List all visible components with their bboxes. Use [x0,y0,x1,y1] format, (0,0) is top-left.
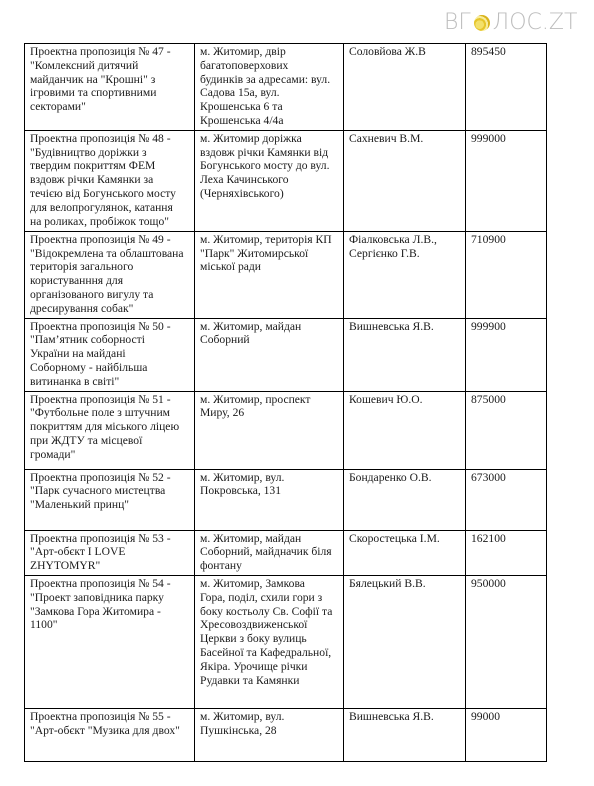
proposal-text-line: "Арт-обєкт "Музика для двох" [30,724,189,738]
location-text-line: Садова 15а, вул. [200,86,338,100]
proposal-text-line: для велопрогулянок, катання [30,201,189,215]
proposal-text-line: на роликах, пробіжок тощо" [30,215,189,229]
proposal-text-line: "Маленький принц" [30,498,189,512]
author-text-line: Кошевич Ю.О. [349,393,460,407]
proposal-text-line: "Арт-обєкт I LOVE [30,545,189,559]
author-cell: Бондаренко О.В. [344,469,466,530]
proposal-cell: Проектна пропозиція № 47 -"Комлексний ди… [25,44,195,131]
author-text-line: Сахневич В.М. [349,132,460,146]
author-cell: Вишневська Я.В. [344,318,466,391]
proposal-text-line: витинанка в світі" [30,375,189,389]
location-text-line: вздовж річки Камянки від [200,146,338,160]
table-row: Проектна пропозиція № 50 -"Пам’ятник соб… [25,318,547,391]
location-text-line: "Парк" Житомирської [200,247,338,261]
location-text-line: будинків за адресами: вул. [200,73,338,87]
location-text-line: багатоповерхових [200,59,338,73]
author-cell: Вишневська Я.В. [344,708,466,761]
proposals-table: Проектна пропозиція № 47 -"Комлексний ди… [24,43,547,762]
location-text-line: Богунського мосту до вул. [200,159,338,173]
location-cell: м. Житомир, ЗамковаГора, поділ, схили го… [195,575,344,708]
proposal-text-line: "Будівництво доріжки з [30,146,189,160]
proposal-text-line: ZHYTOMYR" [30,559,189,573]
location-text-line: м. Житомир, вул. [200,471,338,485]
proposal-cell: Проектна пропозиція № 52 -"Парк сучасног… [25,469,195,530]
proposal-text-line: "Парк сучасного мистецтва [30,484,189,498]
watermark-logo: ВГ ЛОС.ZT [444,10,577,34]
location-text-line: м. Житомир, двір [200,45,338,59]
proposal-text-line: "Замкова Гора Житомира - [30,605,189,619]
proposal-text-line: Соборному - найбільша [30,361,189,375]
proposal-text-line: ігровими та спортивними [30,86,189,100]
proposal-text-line: при ЖДТУ та місцевої [30,434,189,448]
location-text-line: (Черняхівського) [200,187,338,201]
proposal-text-line: Проектна пропозиція № 52 - [30,471,189,485]
location-text-line: м. Житомир, майдан [200,532,338,546]
location-text-line: Леха Качинського [200,173,338,187]
proposal-text-line: Проектна пропозиція № 51 - [30,393,189,407]
location-text-line: м. Житомир, вул. [200,710,338,724]
author-text-line: Вишневська Я.В. [349,320,460,334]
proposal-cell: Проектна пропозиція № 55 -"Арт-обєкт "Му… [25,708,195,761]
table-row: Проектна пропозиція № 52 -"Парк сучасног… [25,469,547,530]
proposal-text-line: територія загального [30,260,189,274]
location-text-line: Басейної та Кафедральної, [200,646,338,660]
location-text-line: Соборний, майдначик біля [200,545,338,559]
proposal-cell: Проектна пропозиція № 53 -"Арт-обєкт I L… [25,530,195,575]
proposal-text-line: покриттям для міського ліцею [30,420,189,434]
amount-cell: 99000 [466,708,547,761]
location-cell: м. Житомир, проспектМиру, 26 [195,391,344,469]
author-cell: Фіалковська Л.В.,Сергієнко Г.В. [344,231,466,318]
table-row: Проектна пропозиція № 51 -"Футбольне пол… [25,391,547,469]
table-row: Проектна пропозиція № 55 -"Арт-обєкт "Му… [25,708,547,761]
location-cell: м. Житомир, майданСоборний, майдначик бі… [195,530,344,575]
proposal-text-line: Проектна пропозиція № 54 - [30,577,189,591]
proposal-text-line: Проектна пропозиція № 49 - [30,233,189,247]
proposal-text-line: "Комлексний дитячий [30,59,189,73]
proposal-text-line: "Пам’ятник соборності [30,333,189,347]
location-text-line: Пушкінська, 28 [200,724,338,738]
table-row: Проектна пропозиція № 47 -"Комлексний ди… [25,44,547,131]
logo-text-left: ВГ [444,10,471,35]
proposal-text-line: "Футбольне поле з штучним [30,406,189,420]
location-text-line: боку костьолу Св. Софії та [200,605,338,619]
location-text-line: м. Житомир доріжка [200,132,338,146]
proposal-text-line: твердим покриттям ФЕМ [30,159,189,173]
proposal-text-line: секторами" [30,100,189,114]
proposal-text-line: Проектна пропозиція № 53 - [30,532,189,546]
amount-cell: 950000 [466,575,547,708]
proposal-text-line: громади" [30,448,189,462]
amount-cell: 875000 [466,391,547,469]
location-text-line: Рудавки та Камянки [200,674,338,688]
location-cell: м. Житомир, вул.Покровська, 131 [195,469,344,530]
author-cell: Скоростецька І.М. [344,530,466,575]
table-row: Проектна пропозиція № 48 -"Будівництво д… [25,130,547,231]
location-text-line: м. Житомир, територія КП [200,233,338,247]
proposal-text-line: "Відокремлена та облаштована [30,247,189,261]
location-cell: м. Житомир, двірбагатоповерховихбудинків… [195,44,344,131]
author-text-line: Фіалковська Л.В., [349,233,460,247]
amount-cell: 162100 [466,530,547,575]
proposal-text-line: Проектна пропозиція № 47 - [30,45,189,59]
location-cell: м. Житомир, вул.Пушкінська, 28 [195,708,344,761]
proposal-text-line: користуванння для [30,274,189,288]
proposal-cell: Проектна пропозиція № 48 -"Будівництво д… [25,130,195,231]
location-text-line: м. Житомир, проспект [200,393,338,407]
author-text-line: Соловйова Ж.В [349,45,460,59]
location-text-line: Миру, 26 [200,406,338,420]
speaker-waves-icon [472,12,492,32]
logo-text-right: ЛОС.ZT [493,10,578,35]
amount-cell: 895450 [466,44,547,131]
location-text-line: Крошенська 4/4а [200,114,338,128]
author-cell: Сахневич В.М. [344,130,466,231]
location-text-line: Покровська, 131 [200,484,338,498]
proposal-text-line: "Проект заповідника парку [30,591,189,605]
proposal-cell: Проектна пропозиція № 50 -"Пам’ятник соб… [25,318,195,391]
location-text-line: м. Житомир, Замкова [200,577,338,591]
location-text-line: Церкви з боку вулиць [200,632,338,646]
proposal-text-line: Проектна пропозиція № 48 - [30,132,189,146]
proposal-cell: Проектна пропозиція № 51 -"Футбольне пол… [25,391,195,469]
amount-cell: 710900 [466,231,547,318]
proposal-cell: Проектна пропозиція № 54 -"Проект запові… [25,575,195,708]
proposal-text-line: вздовж річки Камянки за [30,173,189,187]
author-text-line: Бялецький В.В. [349,577,460,591]
author-text-line: Бондаренко О.В. [349,471,460,485]
location-text-line: м. Житомир, майдан [200,320,338,334]
amount-cell: 999000 [466,130,547,231]
author-text-line: Сергієнко Г.В. [349,247,460,261]
proposal-text-line: 1100" [30,618,189,632]
location-text-line: Якіра. Урочище річки [200,660,338,674]
location-text-line: Соборний [200,333,338,347]
table-row: Проектна пропозиція № 49 -"Відокремлена … [25,231,547,318]
location-text-line: Хресовоздвиженської [200,618,338,632]
author-cell: Кошевич Ю.О. [344,391,466,469]
location-cell: м. Житомир, територія КП"Парк" Житомирсь… [195,231,344,318]
location-text-line: міської ради [200,260,338,274]
proposal-text-line: Проектна пропозиція № 55 - [30,710,189,724]
table-row: Проектна пропозиція № 54 -"Проект запові… [25,575,547,708]
proposal-text-line: дресирування собак" [30,302,189,316]
proposal-text-line: України на майдані [30,347,189,361]
table-row: Проектна пропозиція № 53 -"Арт-обєкт I L… [25,530,547,575]
author-text-line: Скоростецька І.М. [349,532,460,546]
location-text-line: Крошенська 6 та [200,100,338,114]
location-text-line: фонтану [200,559,338,573]
author-cell: Соловйова Ж.В [344,44,466,131]
amount-cell: 999900 [466,318,547,391]
proposal-text-line: течією від Богунського мосту [30,187,189,201]
location-text-line: Гора, поділ, схили гори з [200,591,338,605]
author-cell: Бялецький В.В. [344,575,466,708]
author-text-line: Вишневська Я.В. [349,710,460,724]
proposal-text-line: майданчик на "Крошні" з [30,73,189,87]
proposal-cell: Проектна пропозиція № 49 -"Відокремлена … [25,231,195,318]
location-cell: м. Житомир, майданСоборний [195,318,344,391]
proposal-text-line: Проектна пропозиція № 50 - [30,320,189,334]
amount-cell: 673000 [466,469,547,530]
location-cell: м. Житомир доріжкавздовж річки Камянки в… [195,130,344,231]
proposal-text-line: організованого вигулу та [30,288,189,302]
